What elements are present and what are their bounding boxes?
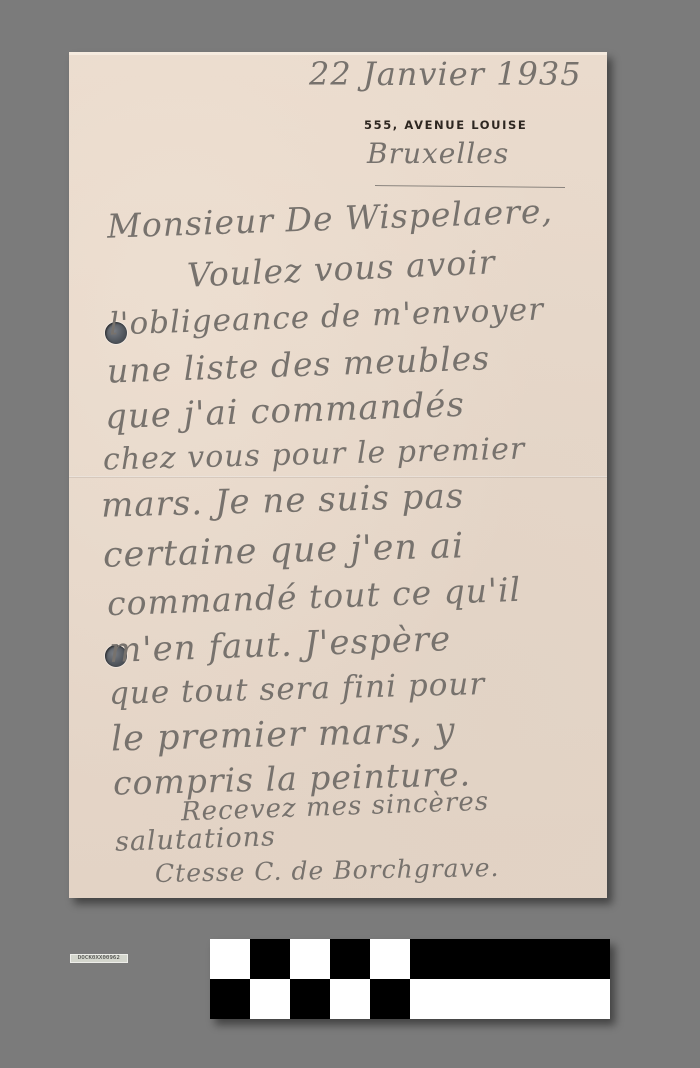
body-line: mars. Je ne suis pas [101, 479, 465, 522]
color-scale-bar [210, 939, 610, 1019]
scale-cell-white [210, 939, 250, 979]
body-line: l'obligeance de m'envoyer [109, 294, 545, 340]
body-line: une liste des meubles [107, 341, 491, 387]
body-line: m'en faut. J'espère [109, 622, 452, 668]
scale-cell-white [250, 979, 290, 1019]
body-line: certaine que j'en ai [103, 529, 465, 573]
catalog-id-label: DOCK0XX00962 [70, 954, 128, 963]
scale-cell-white [330, 979, 370, 1019]
body-line: le premier mars, y [111, 713, 456, 757]
scale-cell-black [290, 979, 330, 1019]
scale-cell-white [370, 939, 410, 979]
handwritten-city: Bruxelles [367, 140, 509, 168]
body-line: que tout sera fini pour [109, 669, 486, 710]
body-line: commandé tout ce qu'il [107, 573, 522, 620]
letter-sheet: 22 Janvier 1935 555, AVENUE LOUISE Bruxe… [69, 52, 607, 898]
salutation-line: Monsieur De Wispelaere, [107, 194, 554, 243]
signature: Ctesse C. de Borchgrave. [155, 855, 500, 886]
scale-bar-white-long [410, 979, 610, 1019]
scale-cell-black [210, 979, 250, 1019]
city-underline [375, 185, 565, 188]
printed-letterhead-address: 555, AVENUE LOUISE [364, 118, 527, 132]
scale-cell-black [330, 939, 370, 979]
handwritten-date: 22 Janvier 1935 [309, 58, 582, 90]
body-line: que j'ai commandés [105, 388, 466, 435]
scale-cell-black [370, 979, 410, 1019]
scale-bar-black-long [410, 939, 610, 979]
body-line: Voulez vous avoir [186, 245, 496, 291]
closing-line: salutations [115, 823, 277, 856]
body-line: chez vous pour le premier [103, 434, 526, 475]
scale-cell-black [250, 939, 290, 979]
scale-cell-white [290, 939, 330, 979]
